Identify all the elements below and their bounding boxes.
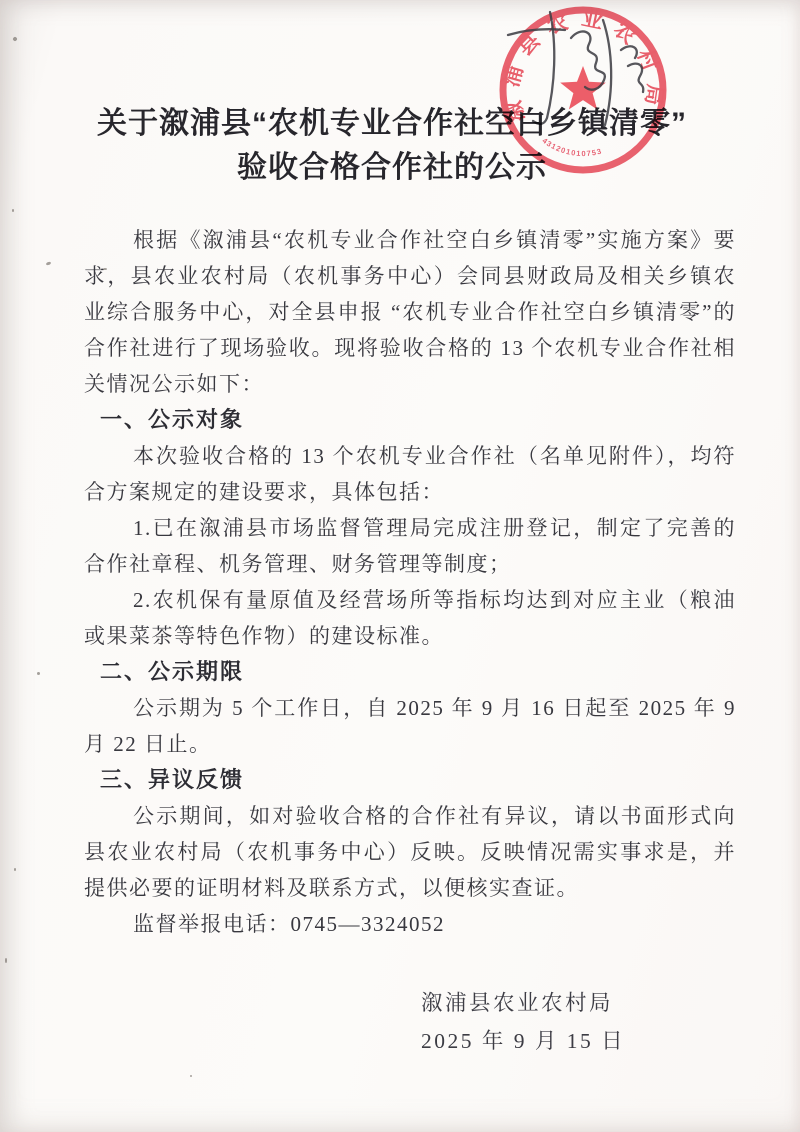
signature-block: 溆浦县农业农村局 2025 年 9 月 15 日: [421, 984, 625, 1060]
document-body: 根据《溆浦县“农机专业合作社空白乡镇清零”实施方案》要求，县农业农村局（农机事务…: [84, 222, 736, 942]
signature-date: 2025 年 9 月 15 日: [421, 1022, 625, 1060]
paragraph-criteria-1: 1.已在溆浦县市场监督管理局完成注册登记，制定了完善的合作社章程、机务管理、财务…: [84, 510, 736, 582]
scan-speckle: [190, 1075, 192, 1077]
scan-speckle: [14, 868, 16, 871]
paragraph-intro: 根据《溆浦县“农机专业合作社空白乡镇清零”实施方案》要求，县农业农村局（农机事务…: [84, 222, 736, 402]
signature-org: 溆浦县农业农村局: [421, 984, 625, 1022]
section-heading-1: 一、公示对象: [84, 402, 736, 438]
svg-text:431201010753: 431201010753: [541, 136, 604, 158]
section-heading-3: 三、异议反馈: [84, 762, 736, 798]
scanned-document-page: 关于溆浦县“农机专业合作社空白乡镇清零” 验收合格合作社的公示 根据《溆浦县“农…: [0, 0, 800, 1132]
paragraph-criteria-2: 2.农机保有量原值及经营场所等指标均达到对应主业（粮油或果菜茶等特色作物）的建设…: [84, 582, 736, 654]
scan-speckle: [12, 36, 18, 42]
scan-speckle: [12, 209, 14, 212]
paragraph-period: 公示期为 5 个工作日，自 2025 年 9 月 16 日起至 2025 年 9…: [84, 690, 736, 762]
paragraph-feedback: 公示期间，如对验收合格的合作社有异议，请以书面形式向县农业农村局（农机事务中心）…: [84, 798, 736, 906]
paragraph-hotline: 监督举报电话：0745—3324052: [84, 906, 736, 942]
scan-speckle: [46, 261, 52, 266]
official-seal: 溆浦县农业农村局 431201010753: [483, 0, 683, 190]
scan-speckle: [5, 958, 7, 963]
paragraph-scope: 本次验收合格的 13 个农机专业合作社（名单见附件），均符合方案规定的建设要求，…: [84, 438, 736, 510]
section-heading-2: 二、公示期限: [84, 654, 736, 690]
scan-speckle: [37, 672, 40, 675]
seal-serial-number: 431201010753: [541, 136, 604, 158]
